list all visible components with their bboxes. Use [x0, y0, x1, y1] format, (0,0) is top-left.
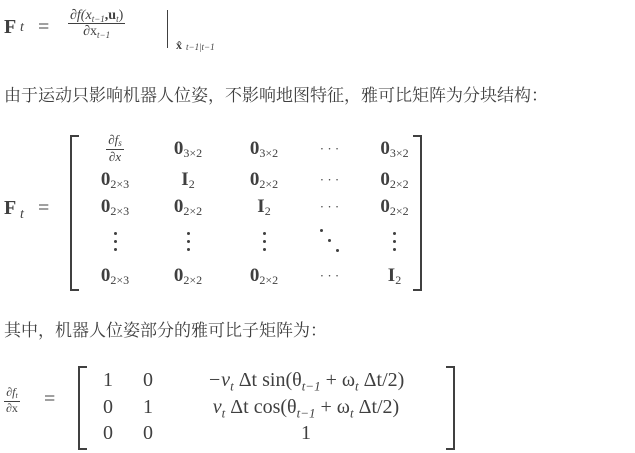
left-bracket: [70, 135, 79, 291]
pose-jacobian-grid: 1 0 −vt Δt sin(θt−1 + ωt Δt/2) 0 1 vt Δt…: [88, 366, 444, 446]
vdots: [393, 232, 396, 251]
equation-Ft-block-matrix: F t = ∂fs ∂x 03×2 03×2 · · · 03×2 02×3 I…: [4, 127, 434, 292]
vdots: [263, 232, 266, 251]
r2c3: vt Δt cos(θt−1 + ωt Δt/2): [213, 396, 399, 419]
ddots: [318, 227, 342, 255]
symbol-F: F: [4, 16, 16, 39]
partial-derivative-fraction: ∂f(xt−1,ut) ∂xt−1: [68, 8, 125, 40]
right-bracket: [413, 135, 422, 291]
right-bracket: [446, 366, 455, 450]
block-matrix-grid: ∂fs ∂x 03×2 03×2 · · · 03×2 02×3 I2 02×2…: [80, 131, 410, 291]
paragraph-pose-jacobian: 其中，机器人位姿部分的雅可比子矩阵为：: [4, 316, 327, 341]
r1c3: −vt Δt sin(θt−1 + ωt Δt/2): [208, 369, 405, 392]
vdots: [187, 232, 190, 251]
left-bracket: [78, 366, 87, 450]
evaluation-bar: [167, 10, 168, 48]
vdots: [114, 232, 117, 251]
equation-pose-jacobian: ∂ft ∂x = 1 0 −vt Δt sin(θt−1 + ωt Δt/2) …: [4, 362, 464, 452]
paragraph-block-structure: 由于运动只影响机器人位姿，不影响地图特征，雅可比矩阵为分块结构：: [4, 81, 548, 106]
